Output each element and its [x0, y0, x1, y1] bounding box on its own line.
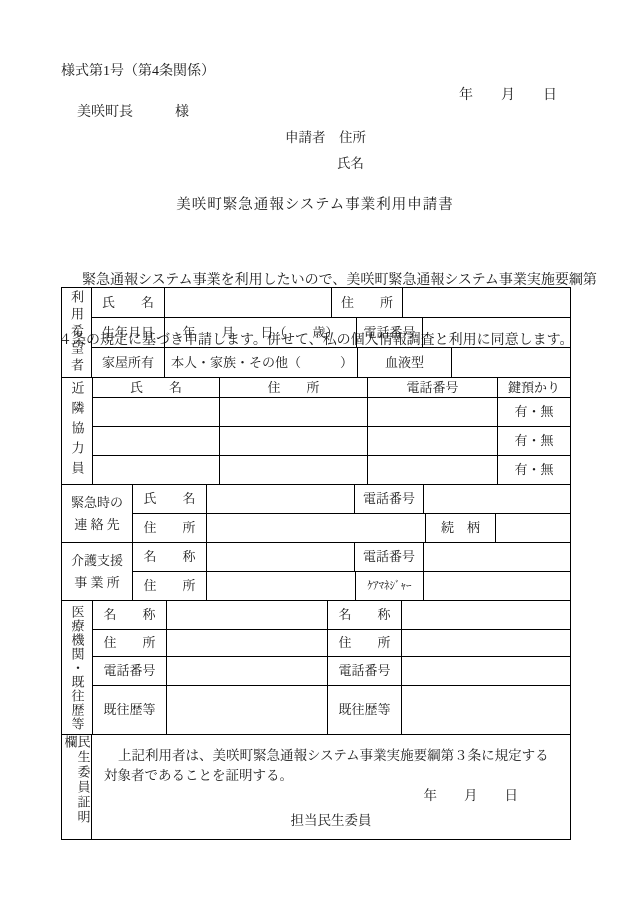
blood-type-input-cell: [452, 348, 570, 377]
application-form-page: 様式第1号（第4条関係） 年 月 日 美咲町長 様 申請者 住所 氏名 美咲町緊…: [0, 0, 630, 903]
neighbor-address-input-cell: [220, 398, 368, 426]
neighbors-header-row: 氏 名 住 所 電話番号 鍵預かり: [93, 378, 570, 398]
neighbor-address-input-cell: [220, 427, 368, 455]
certification-line-1: 上記利用者は、美咲町緊急通報システム事業実施要綱第３条に規定する: [92, 746, 570, 766]
house-value: 本人・家族・その他（ ）: [165, 348, 358, 377]
birth-label: 生年月日: [92, 318, 165, 347]
section-certification-header: 民生委員証明欄: [62, 735, 92, 839]
house-label: 家屋所有: [92, 348, 165, 377]
form-title: 美咲町緊急通報システム事業利用申請書: [0, 193, 630, 214]
form-number: 様式第1号（第4条関係）: [61, 60, 215, 80]
address-input-cell: [403, 288, 570, 317]
applicant-row-house: 家屋所有 本人・家族・その他（ ） 血液型: [92, 348, 570, 377]
neighbor-phone-input-cell: [368, 456, 498, 484]
care-manager-input-cell: [424, 572, 570, 600]
office-name-label: 名 称: [133, 543, 207, 571]
care-name-input-cell: [207, 543, 355, 571]
application-table: 利用希望者 氏 名 住 所 生年月日 年 月 日（ 歳） 電話番号 家屋所有: [61, 287, 571, 840]
medical-name-input-cell-2: [402, 601, 570, 629]
emergency-address-input-cell: [207, 514, 426, 542]
addressee: 美咲町長 様: [77, 101, 189, 121]
medical-name-input-cell: [167, 601, 328, 629]
medical-name-label-2: 名 称: [328, 601, 402, 629]
medical-row-phone: 電話番号 電話番号: [93, 657, 570, 686]
phone-label: 電話番号: [355, 543, 424, 571]
applicant-row-name: 氏 名 住 所: [92, 288, 570, 318]
neighbor-address-input-cell: [220, 456, 368, 484]
col-header-name: 氏 名: [93, 378, 220, 397]
certification-line-2: 対象者であることを証明する。: [92, 766, 570, 786]
care-phone-input-cell: [424, 543, 570, 571]
section-applicant: 利用希望者 氏 名 住 所 生年月日 年 月 日（ 歳） 電話番号 家屋所有: [62, 288, 570, 378]
medical-address-label: 住 所: [93, 630, 167, 656]
emergency-row-address: 住 所 続 柄: [133, 514, 570, 542]
blood-type-label: 血液型: [358, 348, 452, 377]
medical-phone-label: 電話番号: [93, 657, 167, 685]
medical-address-label-2: 住 所: [328, 630, 402, 656]
section-care-office: 介護支援 事 業 所 名 称 電話番号 住 所 ｹｱﾏﾈｼﾞｬｰ: [62, 543, 570, 601]
emergency-relation-input-cell: [496, 514, 570, 542]
name-label: 氏 名: [92, 288, 165, 317]
care-address-input-cell: [207, 572, 356, 600]
col-header-address: 住 所: [220, 378, 368, 397]
name-label: 氏 名: [133, 485, 207, 513]
care-row-address: 住 所 ｹｱﾏﾈｼﾞｬｰ: [133, 572, 570, 600]
phone-label: 電話番号: [355, 485, 424, 513]
medical-address-input-cell: [167, 630, 328, 656]
section-certification: 民生委員証明欄 上記利用者は、美咲町緊急通報システム事業実施要綱第３条に規定する…: [62, 735, 570, 839]
relation-label: 続 柄: [426, 514, 496, 542]
medical-history-input-cell-2: [402, 686, 570, 734]
applicant-row-birth: 生年月日 年 月 日（ 歳） 電話番号: [92, 318, 570, 348]
emergency-row-name: 氏 名 電話番号: [133, 485, 570, 514]
medical-history-input-cell: [167, 686, 328, 734]
section-medical-header: 医療機関・既往歴等: [62, 601, 93, 734]
medical-phone-input-cell-2: [402, 657, 570, 685]
phone-input-cell: [423, 318, 570, 347]
key-option: 有・無: [498, 456, 570, 484]
section-neighbors-header: 近隣協力員: [62, 378, 93, 484]
medical-row-name: 名 称 名 称: [93, 601, 570, 630]
neighbor-name-input-cell: [93, 398, 220, 426]
medical-row-address: 住 所 住 所: [93, 630, 570, 657]
care-row-name: 名 称 電話番号: [133, 543, 570, 572]
medical-phone-input-cell: [167, 657, 328, 685]
neighbors-row-1: 有・無: [93, 398, 570, 427]
section-care-header: 介護支援 事 業 所: [62, 543, 133, 600]
applicant-name-label: 氏名: [337, 152, 364, 172]
medical-history-label: 既往歴等: [93, 686, 167, 734]
neighbors-row-3: 有・無: [93, 456, 570, 484]
certification-date-line: 年 月 日: [92, 786, 570, 806]
neighbors-row-2: 有・無: [93, 427, 570, 456]
medical-history-label-2: 既往歴等: [328, 686, 402, 734]
medical-row-history: 既往歴等 既往歴等: [93, 686, 570, 734]
medical-name-label: 名 称: [93, 601, 167, 629]
care-manager-label: ｹｱﾏﾈｼﾞｬｰ: [356, 572, 424, 600]
col-header-phone: 電話番号: [368, 378, 498, 397]
section-emergency-contact: 緊急時の 連 絡 先 氏 名 電話番号 住 所 続 柄: [62, 485, 570, 543]
birth-value: 年 月 日（ 歳）: [165, 318, 357, 347]
certification-content: 上記利用者は、美咲町緊急通報システム事業実施要綱第３条に規定する 対象者であるこ…: [92, 735, 570, 839]
phone-label: 電話番号: [357, 318, 423, 347]
medical-phone-label-2: 電話番号: [328, 657, 402, 685]
section-emergency-header: 緊急時の 連 絡 先: [62, 485, 133, 542]
neighbor-name-input-cell: [93, 427, 220, 455]
emergency-name-input-cell: [207, 485, 355, 513]
medical-address-input-cell-2: [402, 630, 570, 656]
section-neighbors: 近隣協力員 氏 名 住 所 電話番号 鍵預かり 有・無: [62, 378, 570, 485]
address-label: 住 所: [332, 288, 403, 317]
section-applicant-header: 利用希望者: [62, 288, 92, 377]
applicant-address-label: 申請者 住所: [285, 126, 366, 146]
date-line: 年 月 日: [459, 84, 557, 104]
emergency-phone-input-cell: [424, 485, 570, 513]
certification-officer-label: 担当民生委員: [92, 811, 570, 831]
neighbor-name-input-cell: [93, 456, 220, 484]
address-label: 住 所: [133, 572, 207, 600]
section-medical: 医療機関・既往歴等 名 称 名 称 住 所 住 所 電話番号: [62, 601, 570, 735]
key-option: 有・無: [498, 398, 570, 426]
key-option: 有・無: [498, 427, 570, 455]
address-label: 住 所: [133, 514, 207, 542]
name-input-cell: [165, 288, 332, 317]
neighbor-phone-input-cell: [368, 398, 498, 426]
neighbor-phone-input-cell: [368, 427, 498, 455]
col-header-key: 鍵預かり: [498, 378, 570, 397]
